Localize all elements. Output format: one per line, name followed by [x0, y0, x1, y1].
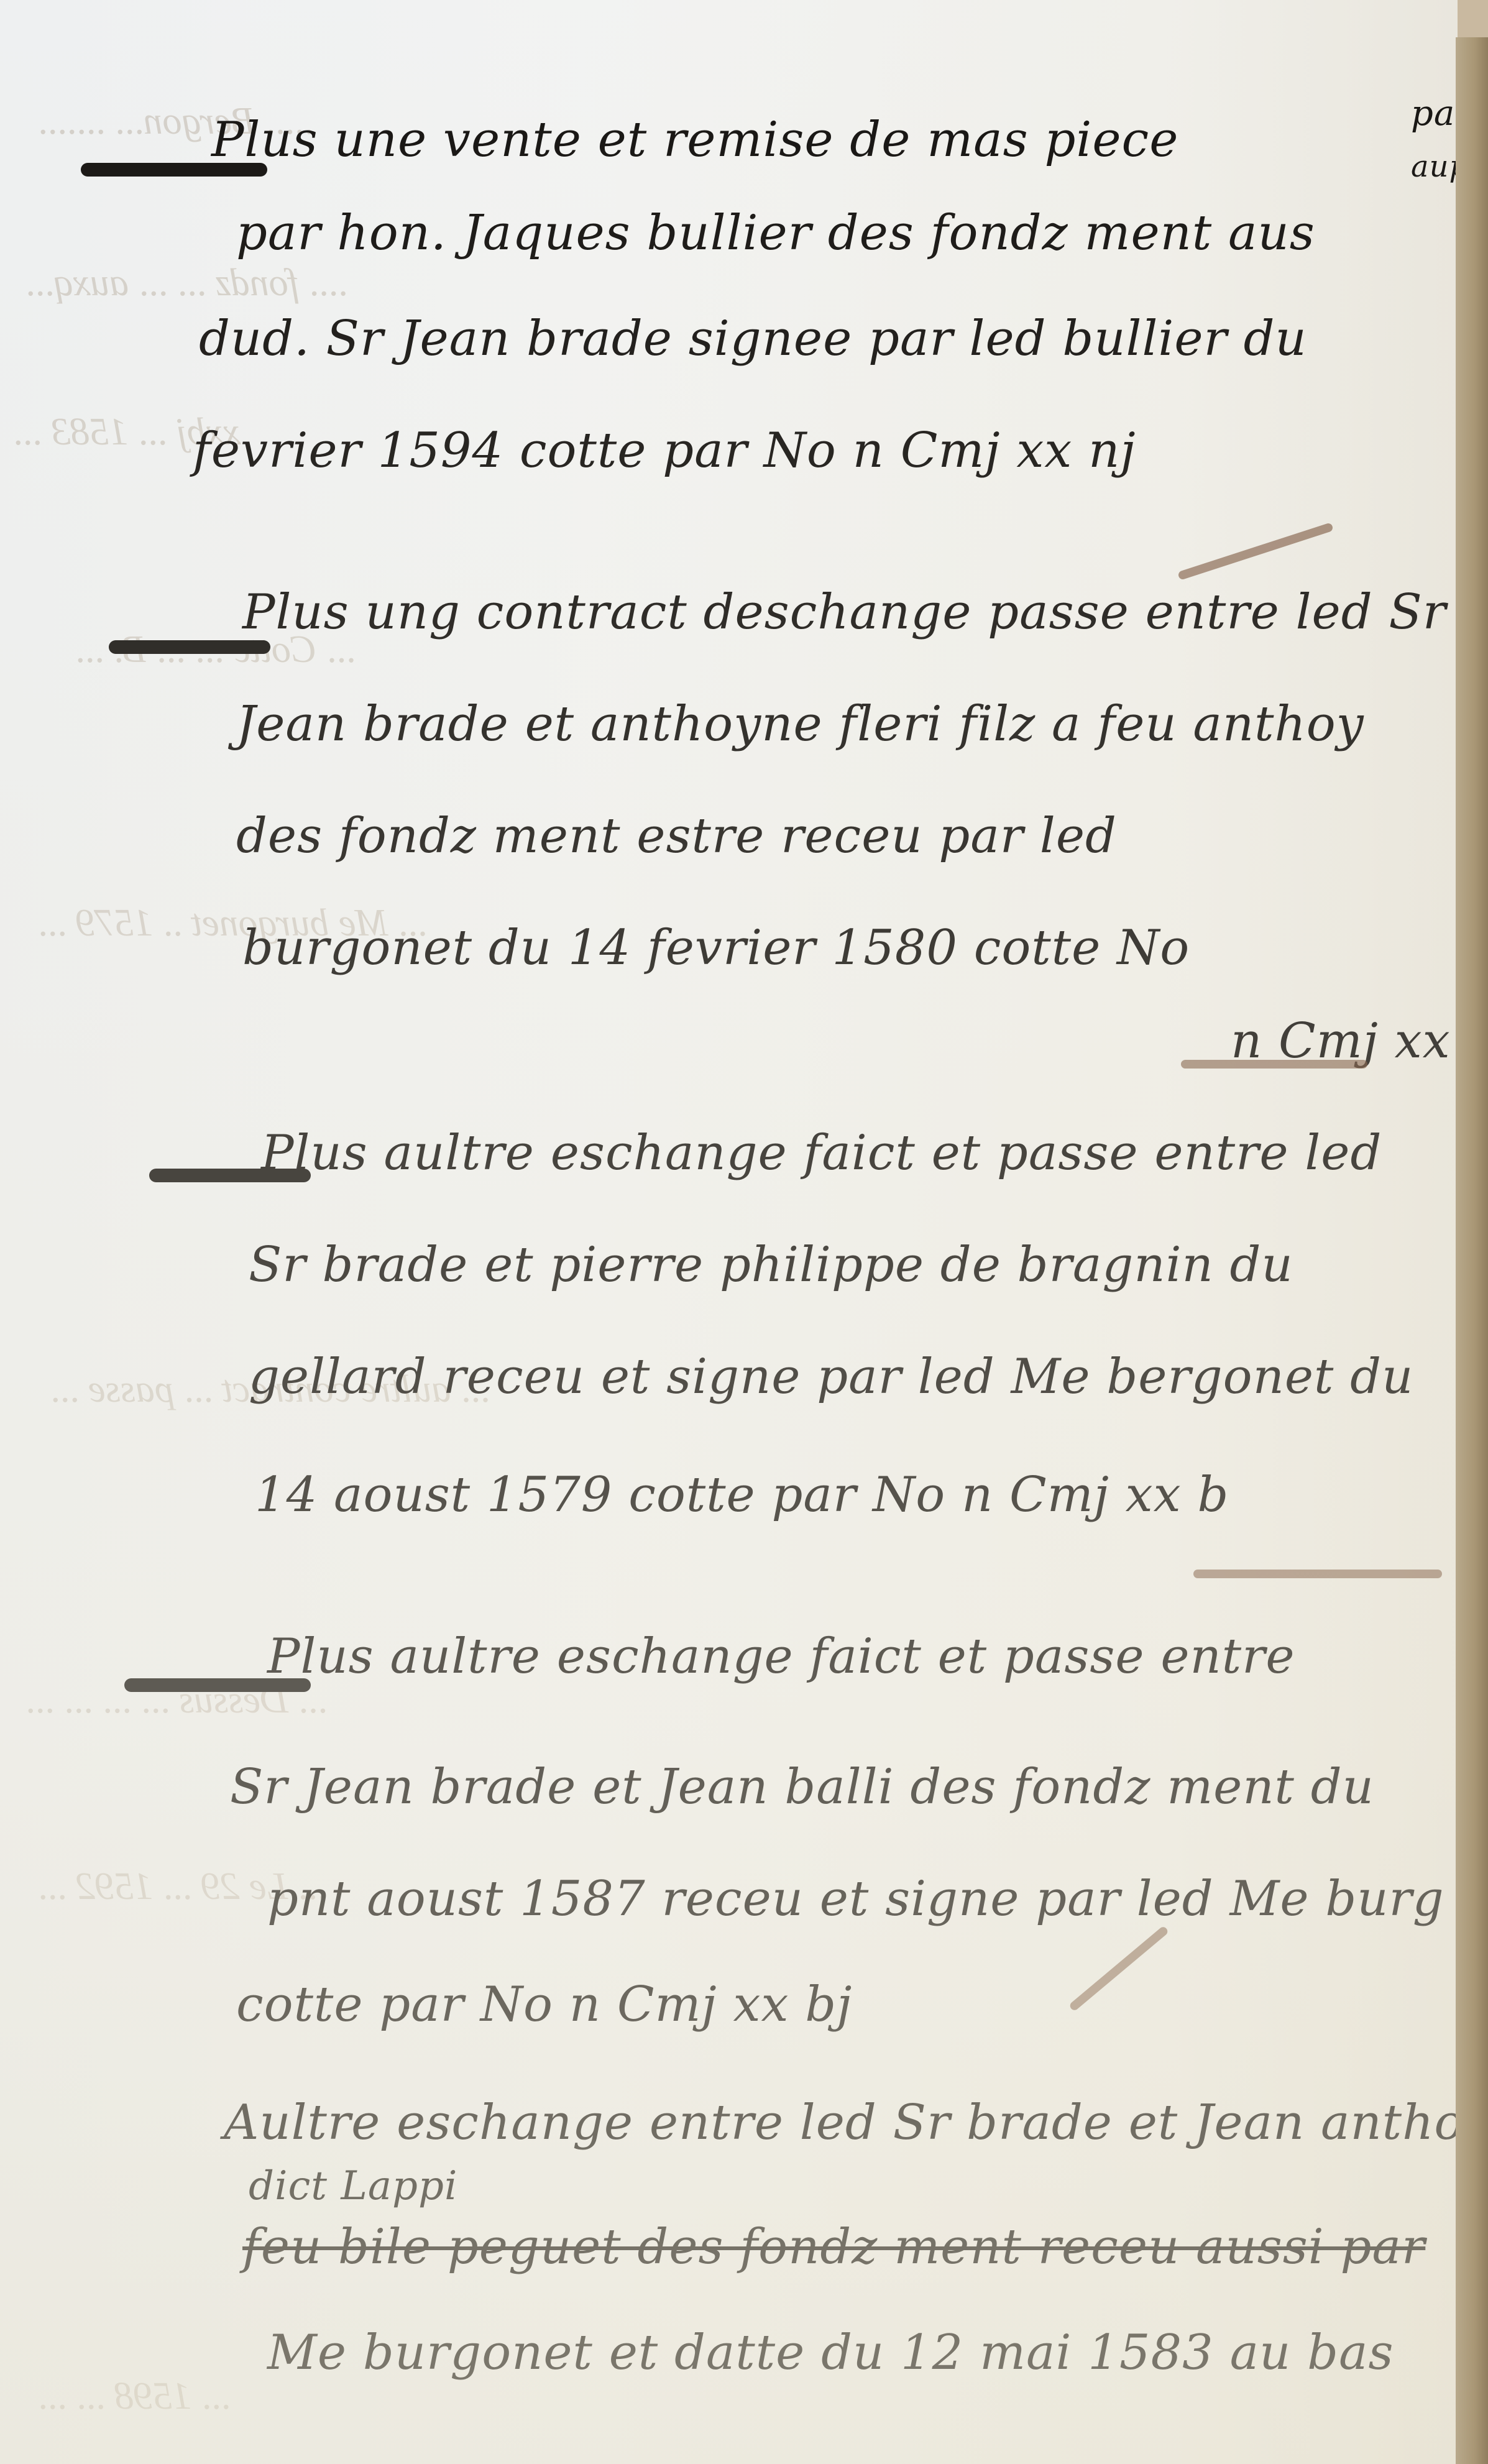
entry-1-line-3: dud. Sr Jean brade signee par led bullie… [199, 311, 1307, 367]
entry-2-line-2: Jean brade et anthoyne fleri filz a feu … [236, 696, 1364, 752]
margin-note: aup [1411, 149, 1458, 184]
ink-stroke [1177, 522, 1334, 581]
entry-5-line-4: Me burgonet et datte du 12 mai 1583 au b… [267, 2325, 1394, 2381]
entry-2-line-3: des fondz ment estre receu par led [236, 808, 1117, 864]
entry-5-line-1: Aultre eschange entre led Sr brade et Je… [224, 2095, 1458, 2151]
entry-2-line-1: Plus ung contract deschange passe entre … [242, 584, 1446, 640]
bleed-through-text: .... fondz ... ... auxq... [25, 261, 347, 305]
ink-stroke [1193, 1570, 1442, 1578]
ink-stroke [1181, 1060, 1367, 1069]
paragraph-mark [109, 640, 270, 654]
entry-1-line-2: par hon. Jaques bullier des fondz ment a… [236, 205, 1315, 261]
entry-4-line-1: Plus aultre eschange faict et passe entr… [267, 1629, 1295, 1685]
entry-3-line-4: 14 aoust 1579 cotte par No n Cmj xx b [255, 1467, 1229, 1523]
entry-3-line-2: Sr brade et pierre philippe de bragnin d… [249, 1237, 1293, 1293]
entry-3-line-1: Plus aultre eschange faict et passe entr… [261, 1125, 1382, 1181]
entry-1-line-1: Plus une vente et remise de mas piece [211, 112, 1178, 168]
ink-stroke [1068, 1925, 1169, 2011]
book-binding-edge [1456, 37, 1488, 2464]
entry-2-line-4: burgonet du 14 fevrier 1580 cotte No [242, 920, 1190, 976]
bleed-through-text: ... 1598 ... ... [37, 2374, 230, 2419]
margin-note: pa [1411, 93, 1455, 134]
entry-4-line-2: Sr Jean brade et Jean balli des fondz me… [230, 1759, 1374, 1815]
entry-4-line-3: pnt aoust 1587 receu et signe par led Me… [267, 1871, 1444, 1927]
entry-4-line-4: cotte par No n Cmj xx bj [236, 1977, 852, 2033]
entry-5-line-3: feu bile peguet des fondz ment receu aus… [242, 2219, 1425, 2275]
entry-3-line-3: gellard receu et signe par led Me bergon… [249, 1349, 1413, 1405]
entry-5-line-2: dict Lappi [249, 2163, 457, 2209]
manuscript-page: ..... Bergon... ....... .... fondz ... .… [0, 0, 1458, 2464]
entry-1-line-4: fevrier 1594 cotte par No n Cmj xx nj [193, 423, 1136, 479]
